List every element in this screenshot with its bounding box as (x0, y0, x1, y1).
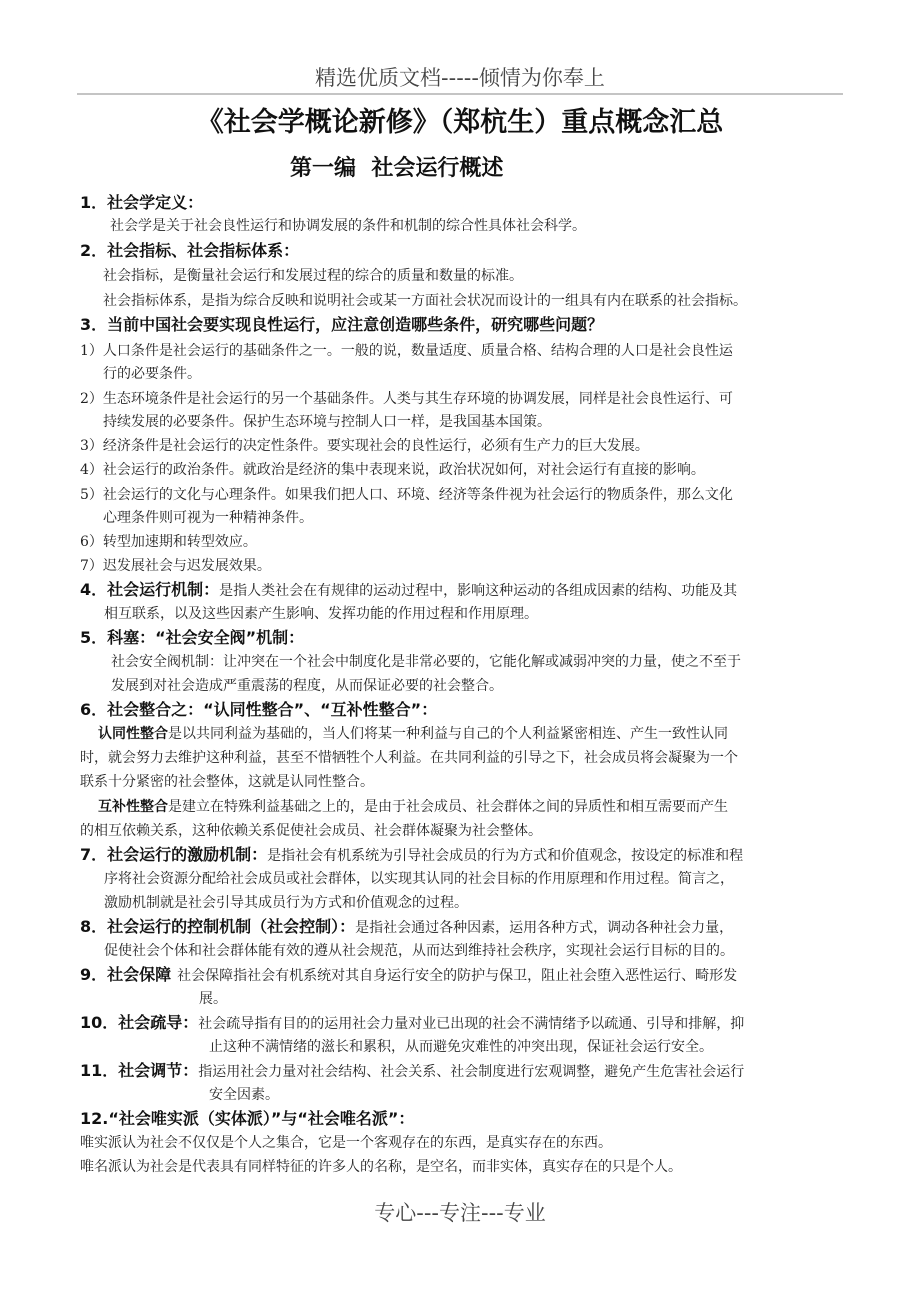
section-7-body: 是指社会有机系统为引导社会成员的行为方式和价值观念，按设定的标准和程 (267, 848, 743, 864)
part-title: 第一编 社会运行概述 (290, 151, 503, 182)
section-8-body-2: 促使社会个体和社会群体能有效的遵从社会规范，从而达到维持社会秩序，实现社会运行目… (104, 941, 734, 961)
section-7-line-1: 7．社会运行的激励机制：是指社会有机系统为引导社会成员的行为方式和价值观念，按设… (80, 845, 743, 866)
section-12-heading: 12.“社会唯实派（实体派）”与“社会唯名派”： (80, 1109, 414, 1129)
section-3-item-5-cont: 心理条件则可视为一种精神条件。 (103, 508, 313, 528)
page-footer: 专心---专注---专业 (0, 1197, 920, 1227)
section-2-body-1: 社会指标，是衡量社会运行和发展过程的综合的质量和数量的标准。 (103, 266, 523, 286)
section-1-heading: 1．社会学定义： (80, 193, 203, 213)
section-11-heading: 11．社会调节： (80, 1061, 198, 1080)
section-3-item-1: 1）人口条件是社会运行的基础条件之一。一般的说，数量适度、质量合格、结构合理的人… (80, 341, 733, 361)
document-title: 《社会学概论新修》（郑杭生）重点概念汇总 (0, 100, 920, 139)
section-3-item-7: 7）迟发展社会与迟发展效果。 (80, 556, 271, 576)
section-1-body: 社会学是关于社会良性运行和协调发展的条件和机制的综合性具体社会科学。 (110, 216, 586, 236)
section-6-p2-line-1: 互补性整合是建立在特殊利益基础之上的，是由于社会成员、社会群体之间的异质性和相互… (98, 797, 728, 817)
section-5-body-1: 社会安全阀机制：让冲突在一个社会中制度化是非常必要的，它能化解或减弱冲突的力量，… (111, 652, 741, 672)
section-9-line-1: 9．社会保障社会保障指社会有机系统对其自身运行安全的防护与保卫，阻止社会堕入恶性… (80, 965, 737, 986)
term-identity-integration: 认同性整合 (98, 726, 168, 742)
section-6-p1-line-2: 时，就会努力去维护这种利益，甚至不惜牺牲个人利益。在共同利益的引导之下，社会成员… (80, 748, 738, 768)
section-10-body-2: 止这种不满情绪的滋长和累积，从而避免灾难性的冲突出现，保证社会运行安全。 (209, 1037, 713, 1057)
section-6-p2-line-2: 的相互依赖关系，这种依赖关系促使社会成员、社会群体凝聚为社会整体。 (80, 821, 542, 841)
section-8-heading: 8．社会运行的控制机制（社会控制）： (80, 917, 355, 936)
section-9-body: 社会保障指社会有机系统对其自身运行安全的防护与保卫，阻止社会堕入恶性运行、畸形发 (177, 968, 737, 984)
section-5-heading: 5．科塞：“社会安全阀”机制： (80, 628, 304, 648)
section-10-line-1: 10．社会疏导：社会疏导指有目的的运用社会力量对业已出现的社会不满情绪予以疏通、… (80, 1013, 744, 1034)
section-12-body-1: 唯实派认为社会不仅仅是个人之集合，它是一个客观存在的东西，是真实存在的东西。 (80, 1133, 612, 1153)
section-11-body-2: 安全因素。 (209, 1085, 279, 1105)
section-8-line-1: 8．社会运行的控制机制（社会控制）：是指社会通过各种因素，运用各种方式，调动各种… (80, 917, 733, 938)
header-divider (77, 93, 843, 95)
section-2-heading: 2．社会指标、社会指标体系： (80, 241, 299, 261)
section-11-body: 指运用社会力量对社会结构、社会关系、社会制度进行宏观调整，避免产生危害社会运行 (198, 1064, 744, 1080)
section-3-item-1-cont: 行的必要条件。 (103, 364, 201, 384)
section-4-body-cont: 相互联系，以及这些因素产生影响、发挥功能的作用过程和作用原理。 (104, 604, 538, 624)
section-10-body: 社会疏导指有目的的运用社会力量对业已出现的社会不满情绪予以疏通、引导和排解，抑 (198, 1016, 744, 1032)
section-6-heading: 6．社会整合之：“认同性整合”、“互补性整合”： (80, 700, 437, 720)
section-3-item-6: 6）转型加速期和转型效应。 (80, 532, 257, 552)
section-7-heading: 7．社会运行的激励机制： (80, 845, 267, 864)
document-page: 精选优质文档-----倾情为你奉上 《社会学概论新修》（郑杭生）重点概念汇总 第… (0, 0, 920, 1302)
section-11-line-1: 11．社会调节：指运用社会力量对社会结构、社会关系、社会制度进行宏观调整，避免产… (80, 1061, 744, 1082)
section-2-body-2: 社会指标体系，是指为综合反映和说明社会或某一方面社会状况而设计的一组具有内在联系… (103, 291, 747, 311)
section-3-item-2: 2）生态环境条件是社会运行的另一个基础条件。人类与其生存环境的协调发展，同样是社… (80, 389, 733, 409)
section-10-heading: 10．社会疏导： (80, 1013, 198, 1032)
term-complementary-integration: 互补性整合 (98, 799, 168, 815)
section-3-heading: 3．当前中国社会要实现良性运行，应注意创造哪些条件，研究哪些问题？ (80, 315, 603, 335)
section-7-body-3: 激励机制就是社会引导其成员行为方式和价值观念的过程。 (104, 893, 468, 913)
section-5-body-2: 发展到对社会造成严重震荡的程度，从而保证必要的社会整合。 (111, 676, 503, 696)
section-6-p1-line-1: 认同性整合是以共同利益为基础的，当人们将某一种利益与自己的个人利益紧密相连、产生… (98, 724, 728, 744)
section-4-line-1: 4．社会运行机制：是指人类社会在有规律的运动过程中，影响这种运动的各组成因素的结… (80, 580, 737, 601)
section-6-p1-line-3: 联系十分紧密的社会整体，这就是认同性整合。 (80, 772, 374, 792)
section-12-body-2: 唯名派认为社会是代表具有同样特征的许多人的名称，是空名，而非实体，真实存在的只是… (80, 1157, 682, 1177)
page-header: 精选优质文档-----倾情为你奉上 (0, 62, 920, 92)
section-3-item-4: 4）社会运行的政治条件。就政治是经济的集中表现来说，政治状况如何，对社会运行有直… (80, 460, 705, 480)
section-6-p1-text: 是以共同利益为基础的，当人们将某一种利益与自己的个人利益紧密相连、产生一致性认同 (168, 726, 728, 742)
section-9-body-2: 展。 (199, 989, 227, 1009)
section-3-item-3: 3）经济条件是社会运行的决定性条件。要实现社会的良性运行，必须有生产力的巨大发展… (80, 436, 649, 456)
section-4-body: 是指人类社会在有规律的运动过程中，影响这种运动的各组成因素的结构、功能及其 (219, 583, 737, 599)
section-7-body-2: 序将社会资源分配给社会成员或社会群体，以实现其认同的社会目标的作用原理和作用过程… (104, 869, 734, 889)
section-8-body: 是指社会通过各种因素，运用各种方式，调动各种社会力量， (355, 920, 733, 936)
section-6-p2-text: 是建立在特殊利益基础之上的，是由于社会成员、社会群体之间的异质性和相互需要而产生 (168, 799, 728, 815)
section-3-item-5: 5）社会运行的文化与心理条件。如果我们把人口、环境、经济等条件视为社会运行的物质… (80, 485, 733, 505)
section-9-heading: 9．社会保障 (80, 965, 171, 984)
section-4-heading: 4．社会运行机制： (80, 580, 219, 599)
section-3-item-2-cont: 持续发展的必要条件。保护生态环境与控制人口一样，是我国基本国策。 (103, 412, 551, 432)
